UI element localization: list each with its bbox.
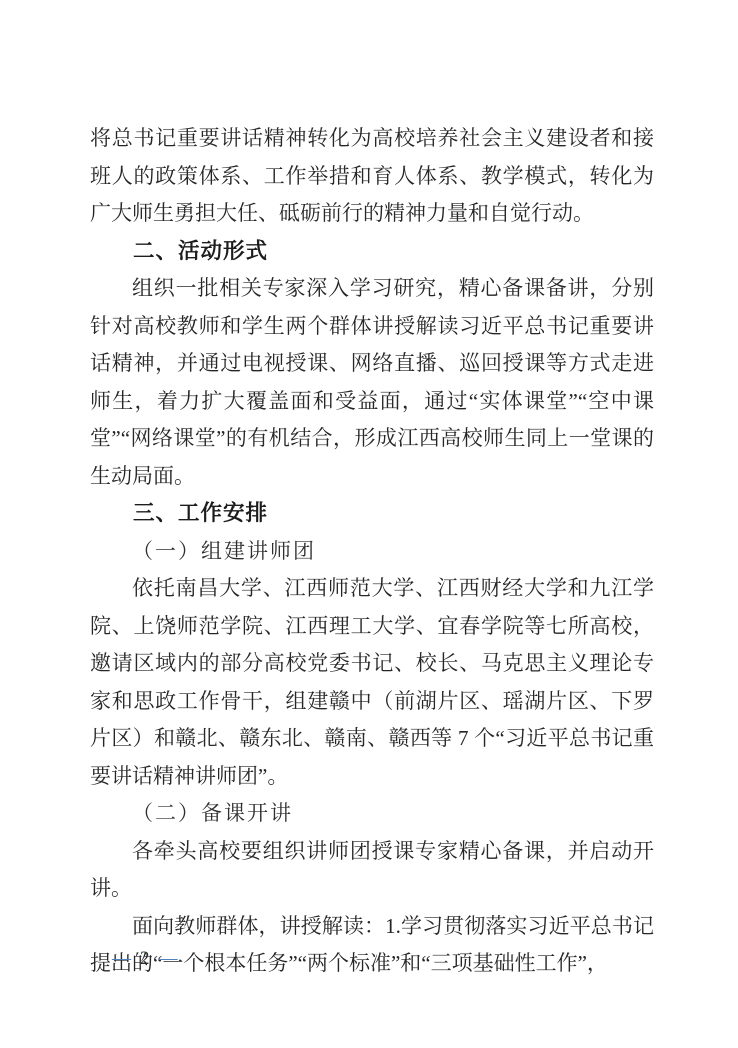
- section-heading-work-arrangement: 三、工作安排: [90, 495, 654, 533]
- paragraph-build-lecturer-team: 依托南昌大学、江西师范大学、江西财经大学和九江学院、上饶师范学院、江西理工大学、…: [90, 570, 654, 795]
- subsection-heading-build-lecturer-team: （一）组建讲师团: [90, 533, 654, 571]
- section-heading-activity-format: 二、活动形式: [90, 233, 654, 271]
- footer-dash-right: —: [159, 948, 178, 969]
- page-footer: —2—: [112, 944, 178, 974]
- subsection-heading-lesson-prep-launch: （二）备课开讲: [90, 795, 654, 833]
- paragraph-continued-from-previous-page: 将总书记重要讲话精神转化为高校培养社会主义建设者和接班人的政策体系、工作举措和育…: [90, 120, 654, 233]
- paragraph-activity-format: 组织一批相关专家深入学习研究，精心备课备讲，分别针对高校教师和学生两个群体讲授解…: [90, 270, 654, 495]
- document-text-block: 将总书记重要讲话精神转化为高校培养社会主义建设者和接班人的政策体系、工作举措和育…: [90, 120, 654, 983]
- page-number: 2: [140, 948, 150, 969]
- footer-dash-left: —: [112, 948, 131, 969]
- paragraph-lesson-prep-launch: 各牵头高校要组织讲师团授课专家精心备课，并启动开讲。: [90, 833, 654, 908]
- document-page: 将总书记重要讲话精神转化为高校培养社会主义建设者和接班人的政策体系、工作举措和育…: [0, 0, 738, 1048]
